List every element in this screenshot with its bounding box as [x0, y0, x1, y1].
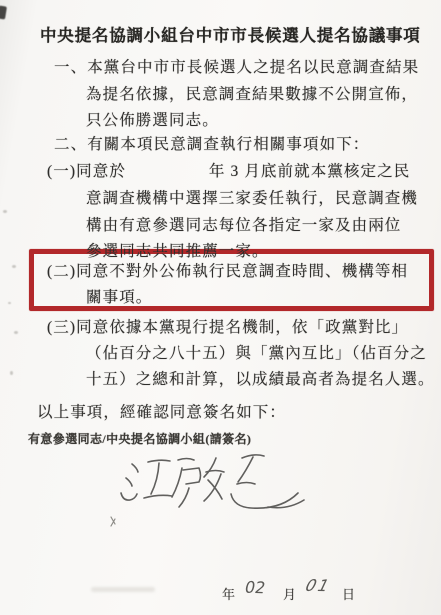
- clause-2-header: 二、有關本項民意調查執行相關事項如下：: [54, 132, 369, 154]
- clause-2-3-line-2: （佔百分之八十五）與「黨內互比」（佔百分之: [86, 341, 427, 363]
- clause-2-1-line-1: (一)同意於 年 3 月底前就本黨核定之民: [47, 159, 410, 181]
- scan-speckle: [8, 302, 11, 304]
- clause-2-3-line-1: (三)同意依據本黨現行提名機制，依「政黨對比」: [47, 315, 408, 337]
- signature-field-label: 有意參選同志/中央提名協調小組(請簽名): [28, 430, 251, 447]
- date-month-value-handwritten: 02: [243, 578, 267, 598]
- date-day-label: 日: [342, 584, 355, 603]
- closing-statement: 以上事項，經確認同意簽名如下：: [37, 400, 286, 422]
- scan-speckle: [14, 331, 18, 334]
- clause-1-line-2: 為提名依據，民意調查結果數據不公開宣佈，: [86, 82, 418, 104]
- scanned-document-page: 中央提名協調小組台中市市長候選人提名協議事項 一、本黨台中市市長候選人之提名以民…: [0, 0, 441, 615]
- date-year-label: 年: [222, 584, 235, 603]
- clause-2-1-line-2: 意調查機構中選擇三家委任執行，民意調查機: [86, 186, 418, 208]
- date-day-value-handwritten: 01: [302, 576, 335, 595]
- scan-smudge: [91, 587, 155, 592]
- stray-pen-mark: [108, 515, 120, 529]
- highlighted-clause-2-2-line-1: (二)同意不對外公佈執行民意調查時間、機構等相: [47, 259, 408, 281]
- document-title: 中央提名協調小組台中市市長候選人提名協議事項: [40, 22, 421, 46]
- clause-2-1-line-4: 參選同志共同推薦一家。: [86, 239, 269, 261]
- clause-1-line-3: 只公佈勝選同志。: [86, 108, 219, 130]
- clause-2-1-line-3: 構由有意參選同志每位各指定一家及由兩位: [86, 213, 401, 235]
- date-month-label: 月: [283, 584, 296, 603]
- clause-1-line-1: 一、本黨台中市市長候選人之提名以民意調查結果: [54, 55, 419, 77]
- signature-handwriting: [118, 447, 308, 519]
- scan-corner-mark: [0, 5, 7, 19]
- scan-speckle: [10, 371, 13, 375]
- scan-speckle: [3, 210, 7, 213]
- scan-speckle: [12, 265, 16, 268]
- highlighted-clause-2-2-line-2: 關事項。: [86, 285, 152, 307]
- clause-2-3-line-3: 十五）之總和計算，以成績最高者為提名人選。: [86, 367, 435, 389]
